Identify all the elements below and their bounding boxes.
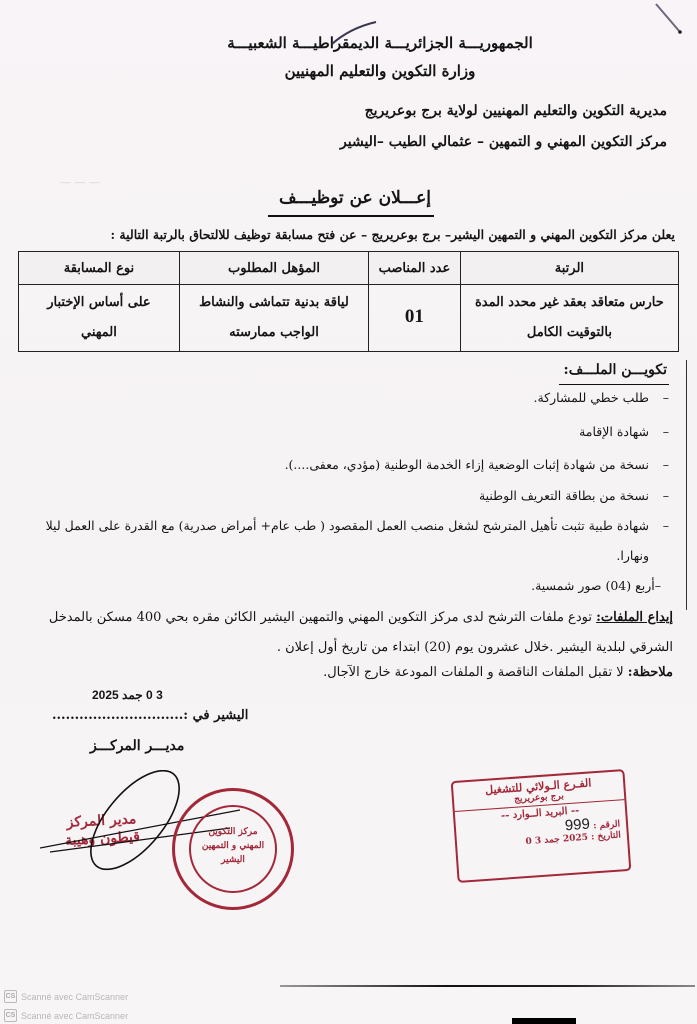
deposit-paragraph: إيداع الملفات: تودع ملفات الترشح لدى مرك…: [13, 603, 673, 663]
col-header-count: عدد المناصب: [369, 252, 461, 285]
table-row: حارس متعاقد بعقد غير محدد المدة بالتوقيت…: [19, 285, 679, 352]
note-paragraph: ملاحظة: لا تقبل الملفات الناقصة و الملفا…: [323, 665, 673, 680]
camscanner-watermark: CS Scanné avec CamScanner: [4, 990, 128, 1003]
camscanner-watermark: CS Scanné avec CamScanner: [4, 1009, 128, 1022]
document-page: — — — الجمهوريـــة الجزائريـــة الديمقرا…: [0, 0, 697, 1024]
scan-edge-bar: [512, 1018, 576, 1024]
page-title: إعـــلان عن توظيـــف: [200, 188, 510, 208]
file-item: –شهادة طبية تثبت تأهيل المترشح لشغل منصب…: [39, 511, 649, 571]
table-header-row: الرتبة عدد المناصب المؤهل المطلوب نوع ال…: [19, 252, 679, 285]
cell-type: على أساس الإختبار المهني: [19, 285, 180, 352]
intro-text: يعلن مركز التكوين المهني و التمهين اليشي…: [110, 227, 675, 242]
incoming-mail-stamp: الفـرع الـولائي للتشغيل برج بوعريريج -- …: [451, 769, 632, 883]
note-text: لا تقبل الملفات الناقصة و الملفات المودع…: [323, 665, 628, 680]
bleed-through-text: — — —: [60, 176, 100, 189]
director-title: مديـــر المركـــز: [90, 738, 184, 754]
file-item: –نسخة من شهادة إثبات الوضعية إزاء الخدمة…: [285, 457, 649, 472]
pen-stroke-icon: [330, 18, 380, 48]
note-label: ملاحظة:: [628, 665, 673, 680]
file-item: –أربع (04) صور شمسية.: [531, 578, 661, 593]
file-item: –نسخة من بطاقة التعريف الوطنية: [479, 488, 649, 503]
center-header: مركز التكوين المهني و التمهين – عثمالي ا…: [340, 134, 667, 150]
file-item: –طلب خطي للمشاركة.: [533, 390, 649, 405]
col-header-type: نوع المسابقة: [19, 252, 180, 285]
deposit-label: إيداع الملفات:: [596, 610, 673, 625]
date-stamp: 3 0 جمد 2025: [92, 688, 163, 702]
pen-mark-icon: [650, 0, 690, 40]
margin-rule: [686, 360, 687, 610]
cell-count: 01: [369, 285, 461, 352]
camscanner-logo-icon: CS: [4, 1009, 17, 1022]
col-header-qualification: المؤهل المطلوب: [179, 252, 368, 285]
cell-rank: حارس متعاقد بعقد غير محدد المدة بالتوقيت…: [460, 285, 678, 352]
col-header-rank: الرتبة: [460, 252, 678, 285]
footer-rule: [280, 985, 695, 987]
file-heading: تكويـــن الملـــف:: [564, 362, 667, 378]
place-date-line: اليشير في :.............................: [52, 708, 248, 723]
file-item: –شهادة الإقامة: [579, 424, 649, 439]
cell-qualification: لياقة بدنية تتماشى والنشاط الواجب ممارست…: [179, 285, 368, 352]
ministry-header: وزارة التكوين والتعليم المهنيين: [150, 62, 610, 80]
positions-table: الرتبة عدد المناصب المؤهل المطلوب نوع ال…: [18, 251, 679, 352]
round-official-stamp: مركز التكوين المهني و التمهين اليشير: [172, 788, 294, 910]
camscanner-logo-icon: CS: [4, 990, 17, 1003]
republic-header: الجمهوريـــة الجزائريـــة الديمقراطيـــة…: [150, 34, 610, 52]
file-heading-underline: [559, 384, 669, 385]
directorate-header: مديرية التكوين والتعليم المهنيين لولاية …: [365, 103, 667, 119]
deposit-text: تودع ملفات الترشح لدى مركز التكوين المهن…: [49, 610, 673, 655]
mail-number: 999: [564, 816, 590, 835]
title-underline: [268, 215, 434, 217]
